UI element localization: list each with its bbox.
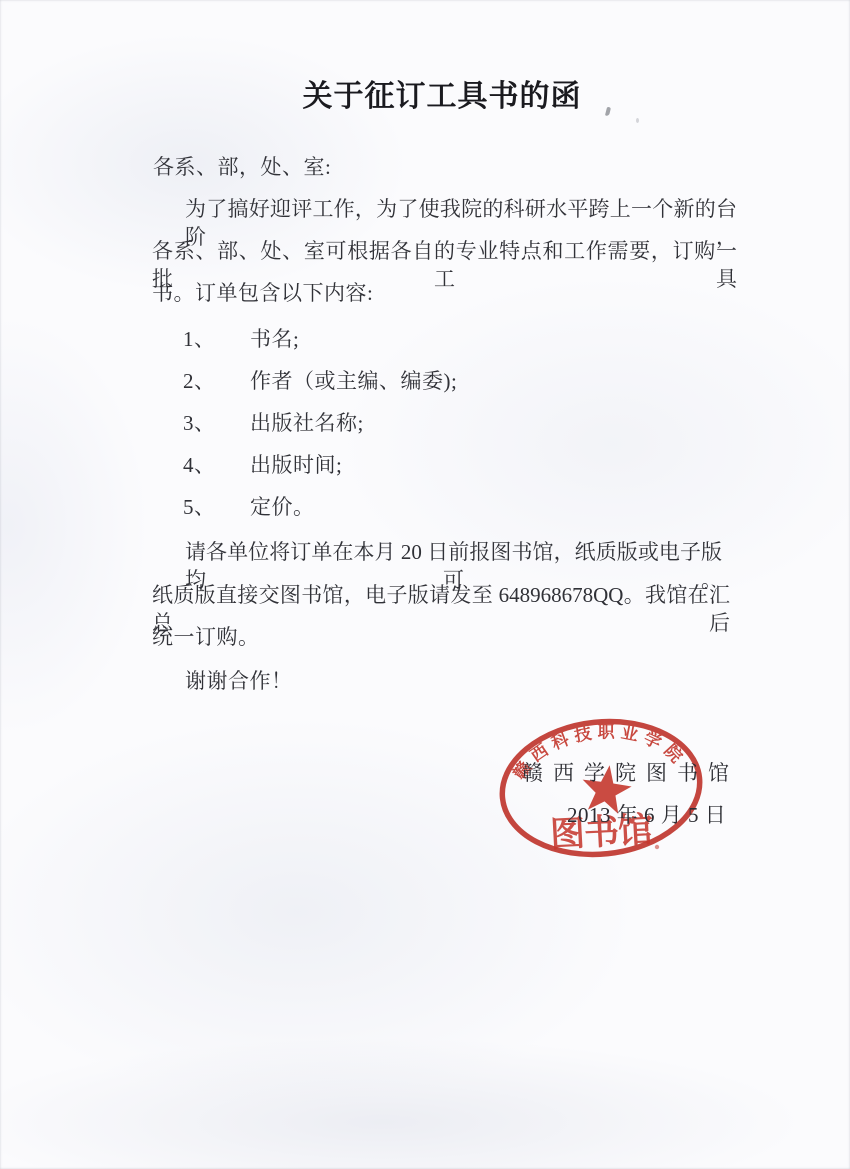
list-item-number: 5、 [183, 493, 250, 521]
list-item-number: 3、 [183, 409, 250, 437]
closing-thanks: 谢谢合作！ [185, 667, 293, 695]
scan-speck [636, 118, 639, 123]
paragraph-line: 书。订单包含以下内容: [152, 279, 373, 307]
list-item: 3、出版社名称; [183, 409, 364, 437]
list-item: 2、作者（或主编、编委); [183, 367, 457, 395]
list-item: 5、定价。 [183, 493, 315, 521]
list-item-text: 书名; [250, 327, 299, 351]
list-item-text: 出版社名称; [250, 411, 364, 435]
paragraph-line: 统一订购。 [152, 623, 260, 651]
list-item-number: 4、 [183, 451, 250, 479]
signature: 赣西学院图书馆 [522, 759, 739, 787]
seal-ink-dot [655, 845, 659, 849]
list-item: 4、出版时间; [183, 451, 342, 479]
date: 2013 年 6 月 5 日 [567, 801, 726, 829]
list-item: 1、书名; [183, 325, 299, 353]
list-item-number: 2、 [183, 367, 250, 395]
list-item-text: 出版时间; [250, 453, 342, 477]
list-item-text: 定价。 [250, 495, 315, 519]
list-item-number: 1、 [183, 325, 250, 353]
salutation: 各系、部，处、室: [153, 153, 331, 181]
page-title: 关于征订工具书的函 [17, 78, 850, 116]
list-item-text: 作者（或主编、编委); [250, 369, 457, 393]
scanned-letter-page: 关于征订工具书的函 各系、部，处、室: 为了搞好迎评工作，为了使我院的科研水平跨… [0, 0, 850, 1169]
